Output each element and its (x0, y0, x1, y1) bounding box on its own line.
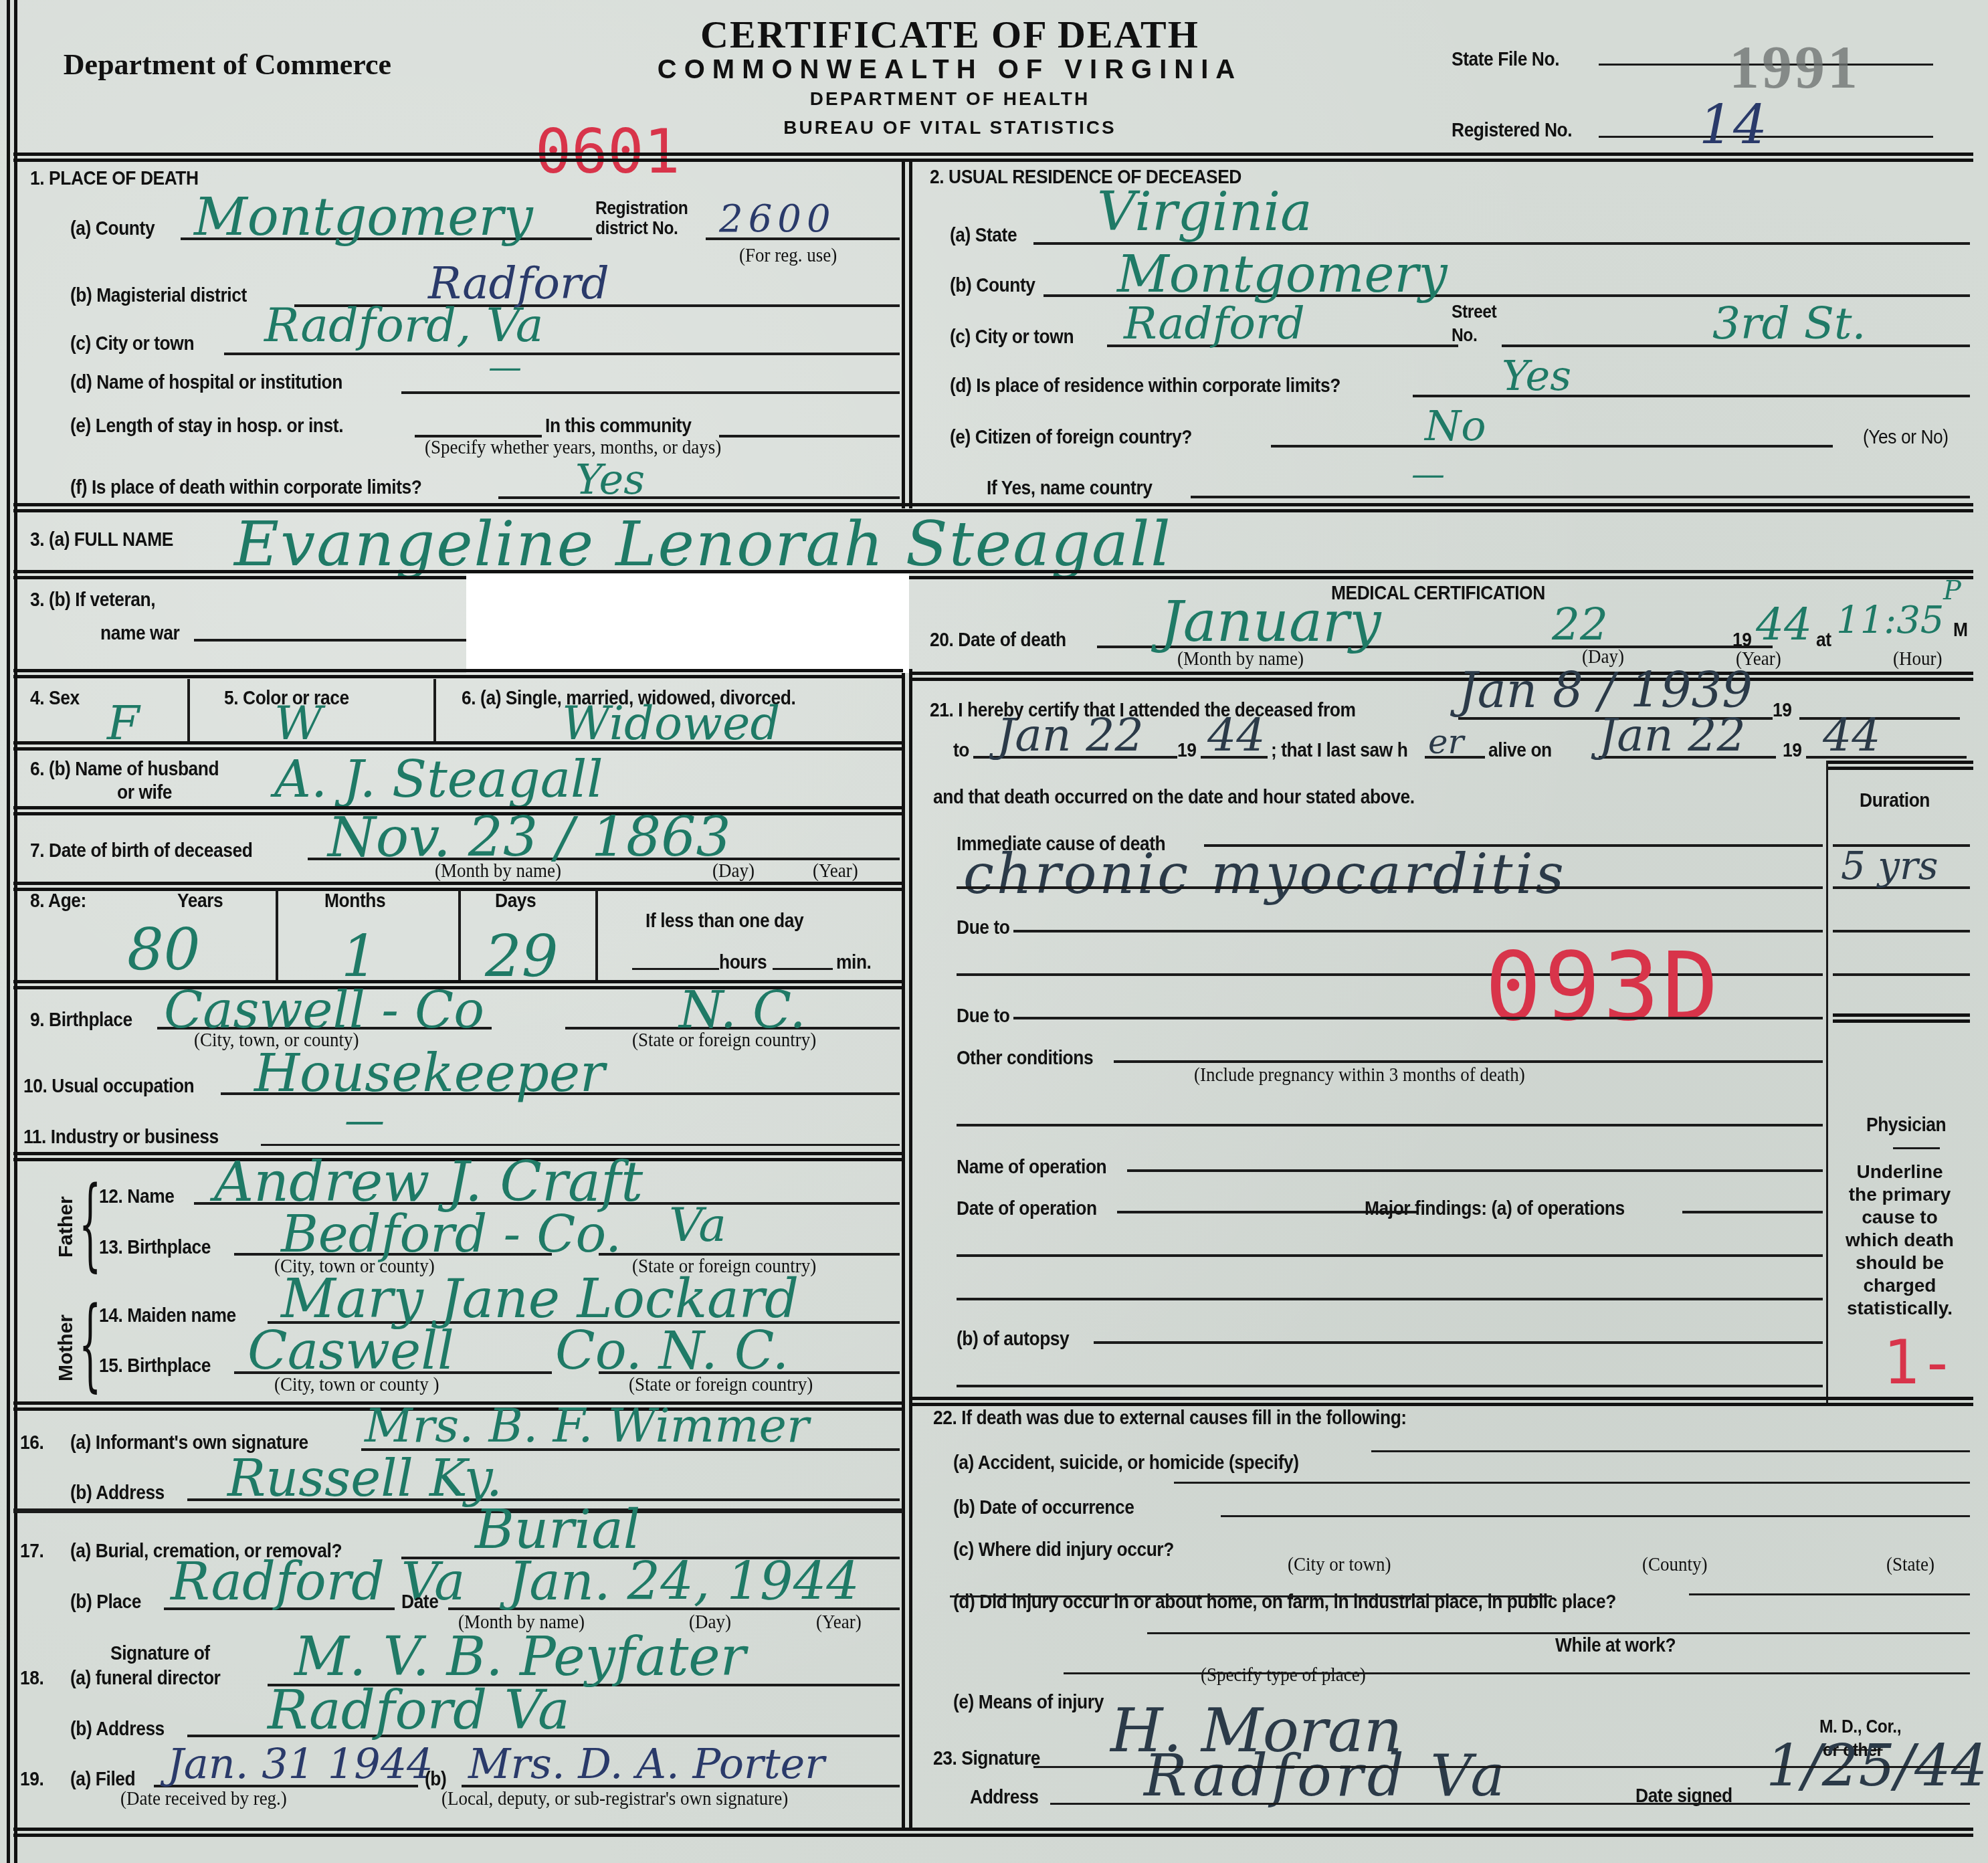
signature-label: 23. Signature (933, 1747, 1040, 1770)
res-state-value[interactable]: Virginia (1097, 181, 1312, 243)
registrar-value[interactable]: Mrs. D. A. Porter (468, 1739, 825, 1788)
section-rule-3 (13, 669, 903, 678)
underline-note: Underline the primary cause to which dea… (1833, 1161, 1967, 1320)
due-to-line-1 (1013, 930, 1823, 933)
burial-year-note: (Year) (816, 1611, 862, 1634)
father-side-label: Father (55, 1196, 78, 1258)
findings-label: Major findings: (a) of operations (1365, 1197, 1625, 1220)
duration-line-4 (1833, 973, 1970, 976)
age-label: 8. Age: (30, 890, 86, 912)
autopsy-line-2 (957, 1385, 1823, 1387)
date-death-day[interactable]: 22 (1552, 599, 1608, 650)
specify-note: (Specify whether years, months, or days) (425, 436, 721, 459)
birthplace-state-note: (State or foreign country) (632, 1029, 816, 1052)
state-file-label: State File No. (1452, 48, 1559, 71)
attend-to-year[interactable]: 44 (1207, 709, 1266, 762)
date-death-hour[interactable]: 11:35 (1836, 599, 1944, 642)
street-label-1: Street (1452, 301, 1496, 322)
red-mark: 1- (1883, 1328, 1955, 1398)
findings-line-3 (957, 1298, 1823, 1300)
underline-note-line: should be (1833, 1252, 1967, 1274)
min-line (773, 968, 833, 970)
mother-city-note: (City, town or county ) (274, 1373, 439, 1396)
center-divider-top (902, 161, 912, 508)
hours-label: hours (719, 951, 767, 974)
mother-birthplace-city[interactable]: Caswell (247, 1321, 454, 1381)
means-line (1147, 1632, 1970, 1634)
corporate-death-value[interactable]: Yes (575, 455, 645, 504)
underline-note-line: charged (1833, 1274, 1967, 1297)
spouse-label-2: or wife (117, 781, 172, 804)
alive-on-19: 19 (1783, 739, 1801, 762)
city-value[interactable]: Radford, Va (264, 298, 544, 353)
where-state-note: (State) (1886, 1553, 1934, 1576)
date-death-year[interactable]: 44 (1756, 599, 1812, 650)
date-death-month[interactable]: January (1161, 589, 1381, 654)
county-value[interactable]: Montgomery (194, 187, 533, 248)
mother-name-label: 14. Maiden name (99, 1304, 236, 1327)
months-label: Months (324, 890, 385, 912)
duration-label: Duration (1860, 789, 1930, 812)
reg-use-note: (For reg. use) (739, 244, 837, 267)
city-line (224, 353, 900, 355)
duration-line-3 (1833, 930, 1970, 933)
country-line (1191, 496, 1970, 498)
red-code: 093D (1485, 933, 1721, 1042)
informant-address-value[interactable]: Russell Ky. (227, 1448, 502, 1508)
dept-header: Department of Commerce (27, 47, 428, 83)
community-line (719, 435, 900, 437)
city-label: (c) City or town (70, 332, 194, 355)
hospital-value[interactable]: — (488, 348, 522, 387)
redaction-box (466, 574, 909, 673)
dob-label: 7. Date of birth of deceased (30, 840, 252, 862)
country-value[interactable]: — (1411, 455, 1445, 494)
sex-label: 4. Sex (30, 687, 80, 710)
cert-address-label: Address (970, 1786, 1039, 1809)
father-birthplace-label: 13. Birthplace (99, 1236, 211, 1259)
months-divider (458, 890, 461, 983)
hour-suffix: P (1943, 575, 1961, 606)
dob-year-note: (Year) (813, 860, 858, 882)
signature-line (1064, 1672, 1970, 1674)
means-label: (e) Means of injury (953, 1691, 1104, 1714)
hour-note: (Hour) (1893, 648, 1942, 670)
physician-label: Physician (1866, 1114, 1946, 1137)
physician-underline (1893, 1147, 1940, 1149)
community-label: In this community (545, 415, 691, 437)
operation-name-label: Name of operation (957, 1156, 1106, 1179)
burial-date-value[interactable]: Jan. 24, 1944 (508, 1552, 860, 1612)
section-rule-2 (13, 570, 1973, 579)
place-type-line (950, 1595, 1552, 1597)
cert-address-value[interactable]: Radford Va (1144, 1743, 1509, 1809)
sex-divider (187, 679, 190, 743)
industry-line (261, 1144, 900, 1146)
dept-health: DEPARTMENT OF HEALTH (549, 88, 1351, 110)
industry-label: 11. Industry or business (23, 1126, 219, 1149)
father-name-label: 12. Name (99, 1185, 174, 1208)
where-county-note: (County) (1642, 1553, 1707, 1576)
less-day-label: If less than one day (645, 910, 803, 933)
res-corporate-label: (d) Is place of residence within corpora… (950, 375, 1340, 397)
alive-on-value[interactable]: Jan 22 (1599, 709, 1746, 762)
funeral-num: 18. (20, 1667, 43, 1690)
informant-sig-value[interactable]: Mrs. B. F. Wimmer (365, 1398, 809, 1453)
occurrence-label: (b) Date of occurrence (953, 1496, 1134, 1519)
section-rule-10 (13, 1508, 903, 1513)
country-label: If Yes, name country (987, 477, 1152, 500)
citizen-label: (e) Citizen of foreign country? (950, 426, 1192, 449)
hours-line (632, 968, 719, 970)
war-line (194, 639, 468, 642)
dob-day-note: (Day) (712, 860, 755, 882)
res-city-value[interactable]: Radford (1124, 298, 1305, 349)
funeral-address-value[interactable]: Radford Va (268, 1679, 570, 1741)
medical-rule-1 (910, 672, 1973, 681)
veteran-label: 3. (b) If veteran, (30, 589, 155, 611)
place-type-label: (d) Did injury occur in or about home, o… (953, 1591, 1616, 1613)
at-label: at (1816, 629, 1831, 652)
res-city-label: (c) City or town (950, 326, 1074, 349)
burial-num: 17. (20, 1540, 43, 1563)
autopsy-label: (b) of autopsy (957, 1328, 1069, 1351)
mother-side-label: Mother (55, 1314, 78, 1381)
res-corporate-line (1413, 395, 1970, 397)
mother-birthplace-label: 15. Birthplace (99, 1355, 211, 1377)
hospital-line (401, 391, 900, 394)
state-file-stamp: 1991 (1729, 33, 1860, 102)
certificate-title: CERTIFICATE OF DEATH (549, 12, 1351, 57)
work-line (1689, 1593, 1970, 1595)
county-label: (a) County (70, 217, 155, 240)
due-to-label-2: Due to (957, 1005, 1009, 1027)
where-label: (c) Where did injury occur? (953, 1539, 1174, 1561)
burial-place-label: (b) Place (70, 1591, 141, 1613)
signature-underline (1033, 1766, 1970, 1768)
date-death-label: 20. Date of death (930, 629, 1066, 652)
dept-commerce: Department of Commerce (27, 47, 428, 83)
reg-district-label-1: Registration (595, 197, 688, 219)
cause-value[interactable]: chronic myocarditis (963, 843, 1567, 906)
underline-note-line: Underline (1833, 1161, 1967, 1183)
years-value[interactable]: 80 (127, 916, 200, 983)
accident-label: (a) Accident, suicide, or homicide (spec… (953, 1452, 1299, 1474)
underline-note-line: cause to (1833, 1206, 1967, 1229)
center-divider-bottom (902, 669, 912, 1830)
pregnancy-note: (Include pregnancy within 3 months of de… (1194, 1064, 1525, 1086)
race-divider (433, 679, 436, 743)
commonwealth-title: COMMONWEALTH OF VIRGINIA (549, 55, 1351, 85)
burial-date-label: Date (401, 1591, 438, 1613)
res-corporate-value[interactable]: Yes (1502, 351, 1571, 400)
registered-label: Registered No. (1452, 119, 1572, 142)
other-conditions-label: Other conditions (957, 1047, 1093, 1070)
month-note: (Month by name) (1177, 648, 1304, 670)
attend-to-19: 19 (1177, 739, 1196, 762)
last-saw-label: ; that I last saw h (1271, 739, 1407, 762)
min-label: min. (836, 951, 872, 974)
attend-to-value[interactable]: Jan 22 (997, 709, 1144, 762)
autopsy-line (1094, 1341, 1823, 1344)
birthplace-label: 9. Birthplace (30, 1009, 132, 1032)
filed-num: 19. (20, 1768, 43, 1791)
occupation-label: 10. Usual occupation (23, 1075, 194, 1098)
mother-state-note: (State or foreign country) (629, 1373, 813, 1396)
days-label: Days (495, 890, 536, 912)
citizen-value[interactable]: No (1425, 401, 1486, 450)
header-rule (13, 153, 1973, 162)
operation-date-label: Date of operation (957, 1197, 1097, 1220)
hospital-label: (d) Name of hospital or institution (70, 371, 342, 394)
filed-note: (Date received by reg.) (120, 1787, 287, 1810)
place-death-heading: 1. PLACE OF DEATH (30, 167, 199, 190)
occupation-value[interactable]: Housekeeper (254, 1044, 605, 1104)
findings-line-2 (957, 1254, 1823, 1257)
years-label: Years (177, 890, 223, 912)
father-brace: { (79, 1174, 101, 1274)
last-saw-pronoun[interactable]: er (1428, 722, 1464, 761)
days-divider (595, 890, 598, 983)
underline-note-line: statistically. (1833, 1297, 1967, 1320)
left-border (7, 0, 17, 1863)
full-name-value[interactable]: Evangeline Lenorah Steagall (234, 508, 1172, 580)
accident-line (1371, 1450, 1970, 1452)
spouse-label-1: 6. (b) Name of husband (30, 758, 219, 781)
duration-top-rule (1827, 761, 1973, 770)
citizen-line (1271, 445, 1833, 448)
street-label-2: No. (1452, 324, 1477, 346)
filed-value[interactable]: Jan. 31 1944 (167, 1739, 433, 1788)
medical-rule-2 (910, 1397, 1973, 1406)
informant-address-label: (b) Address (70, 1482, 165, 1504)
res-county-value[interactable]: Montgomery (1117, 244, 1448, 304)
work-label: While at work? (1555, 1634, 1676, 1657)
due-to-label-1: Due to (957, 916, 1009, 939)
corporate-death-line (498, 496, 900, 499)
m-label: M (1953, 619, 1968, 642)
reg-district-value[interactable]: 2600 (719, 197, 836, 241)
external-heading: 22. If death was due to external causes … (933, 1407, 1407, 1430)
address-underline (1050, 1803, 1970, 1805)
cause-line-2 (957, 886, 1823, 889)
underline-note-line: the primary (1833, 1183, 1967, 1206)
occurrence-line (1174, 1482, 1970, 1484)
years-divider (276, 890, 278, 983)
informant-num: 16. (20, 1432, 43, 1454)
alive-on-year[interactable]: 44 (1823, 709, 1881, 762)
attend-19: 19 (1773, 699, 1791, 722)
res-state-label: (a) State (950, 224, 1017, 247)
registered-value: 14 (1699, 94, 1767, 156)
registrar-note: (Local, deputy, or sub-registrar's own s… (441, 1787, 788, 1810)
duration-column-divider (1826, 761, 1828, 1403)
reg-district-label-2: district No. (595, 217, 678, 239)
to-label: to (953, 739, 969, 762)
where-city-note: (City or town) (1288, 1553, 1391, 1576)
alive-on-label: alive on (1488, 739, 1552, 762)
other-conditions-line (1114, 1060, 1823, 1063)
other-conditions-line-2 (957, 1124, 1823, 1126)
dob-month-note: (Month by name) (435, 860, 561, 882)
funeral-sig-label-2: (a) funeral director (70, 1667, 220, 1690)
mother-brace: { (79, 1294, 101, 1395)
cause-duration[interactable]: 5 yrs (1841, 843, 1939, 888)
res-county-label: (b) County (950, 274, 1035, 297)
specify-place-note: (Specify type of place) (1201, 1664, 1366, 1686)
father-birthplace-state[interactable]: Va (669, 1197, 726, 1252)
spouse-value[interactable]: A. J. Steagall (274, 749, 603, 809)
length-stay-label: (e) Length of stay in hosp. or inst. (70, 415, 343, 437)
operation-name-line (1127, 1169, 1823, 1172)
name-war-label: name war (100, 622, 179, 645)
full-name-label: 3. (a) FULL NAME (30, 528, 173, 551)
underline-note-line: which death (1833, 1229, 1967, 1252)
yes-no-note: (Yes or No) (1863, 426, 1949, 449)
bottom-rule (13, 1828, 1973, 1837)
duration-bottom-rule (1833, 1013, 1970, 1023)
mother-birthplace-state[interactable]: Co. N. C. (555, 1321, 789, 1381)
corporate-death-label: (f) Is place of death within corporate l… (70, 476, 421, 499)
funeral-address-label: (b) Address (70, 1718, 165, 1741)
funeral-sig-label-1: Signature of (110, 1642, 210, 1665)
findings-line (1682, 1211, 1823, 1213)
magisterial-label: (b) Magisterial district (70, 284, 247, 307)
due-to-line-2 (1013, 1017, 1823, 1019)
industry-value[interactable]: — (344, 1097, 385, 1144)
where-line (1221, 1515, 1970, 1517)
street-value[interactable]: 3rd St. (1712, 298, 1866, 349)
stated-label: and that death occurred on the date and … (933, 786, 1415, 809)
